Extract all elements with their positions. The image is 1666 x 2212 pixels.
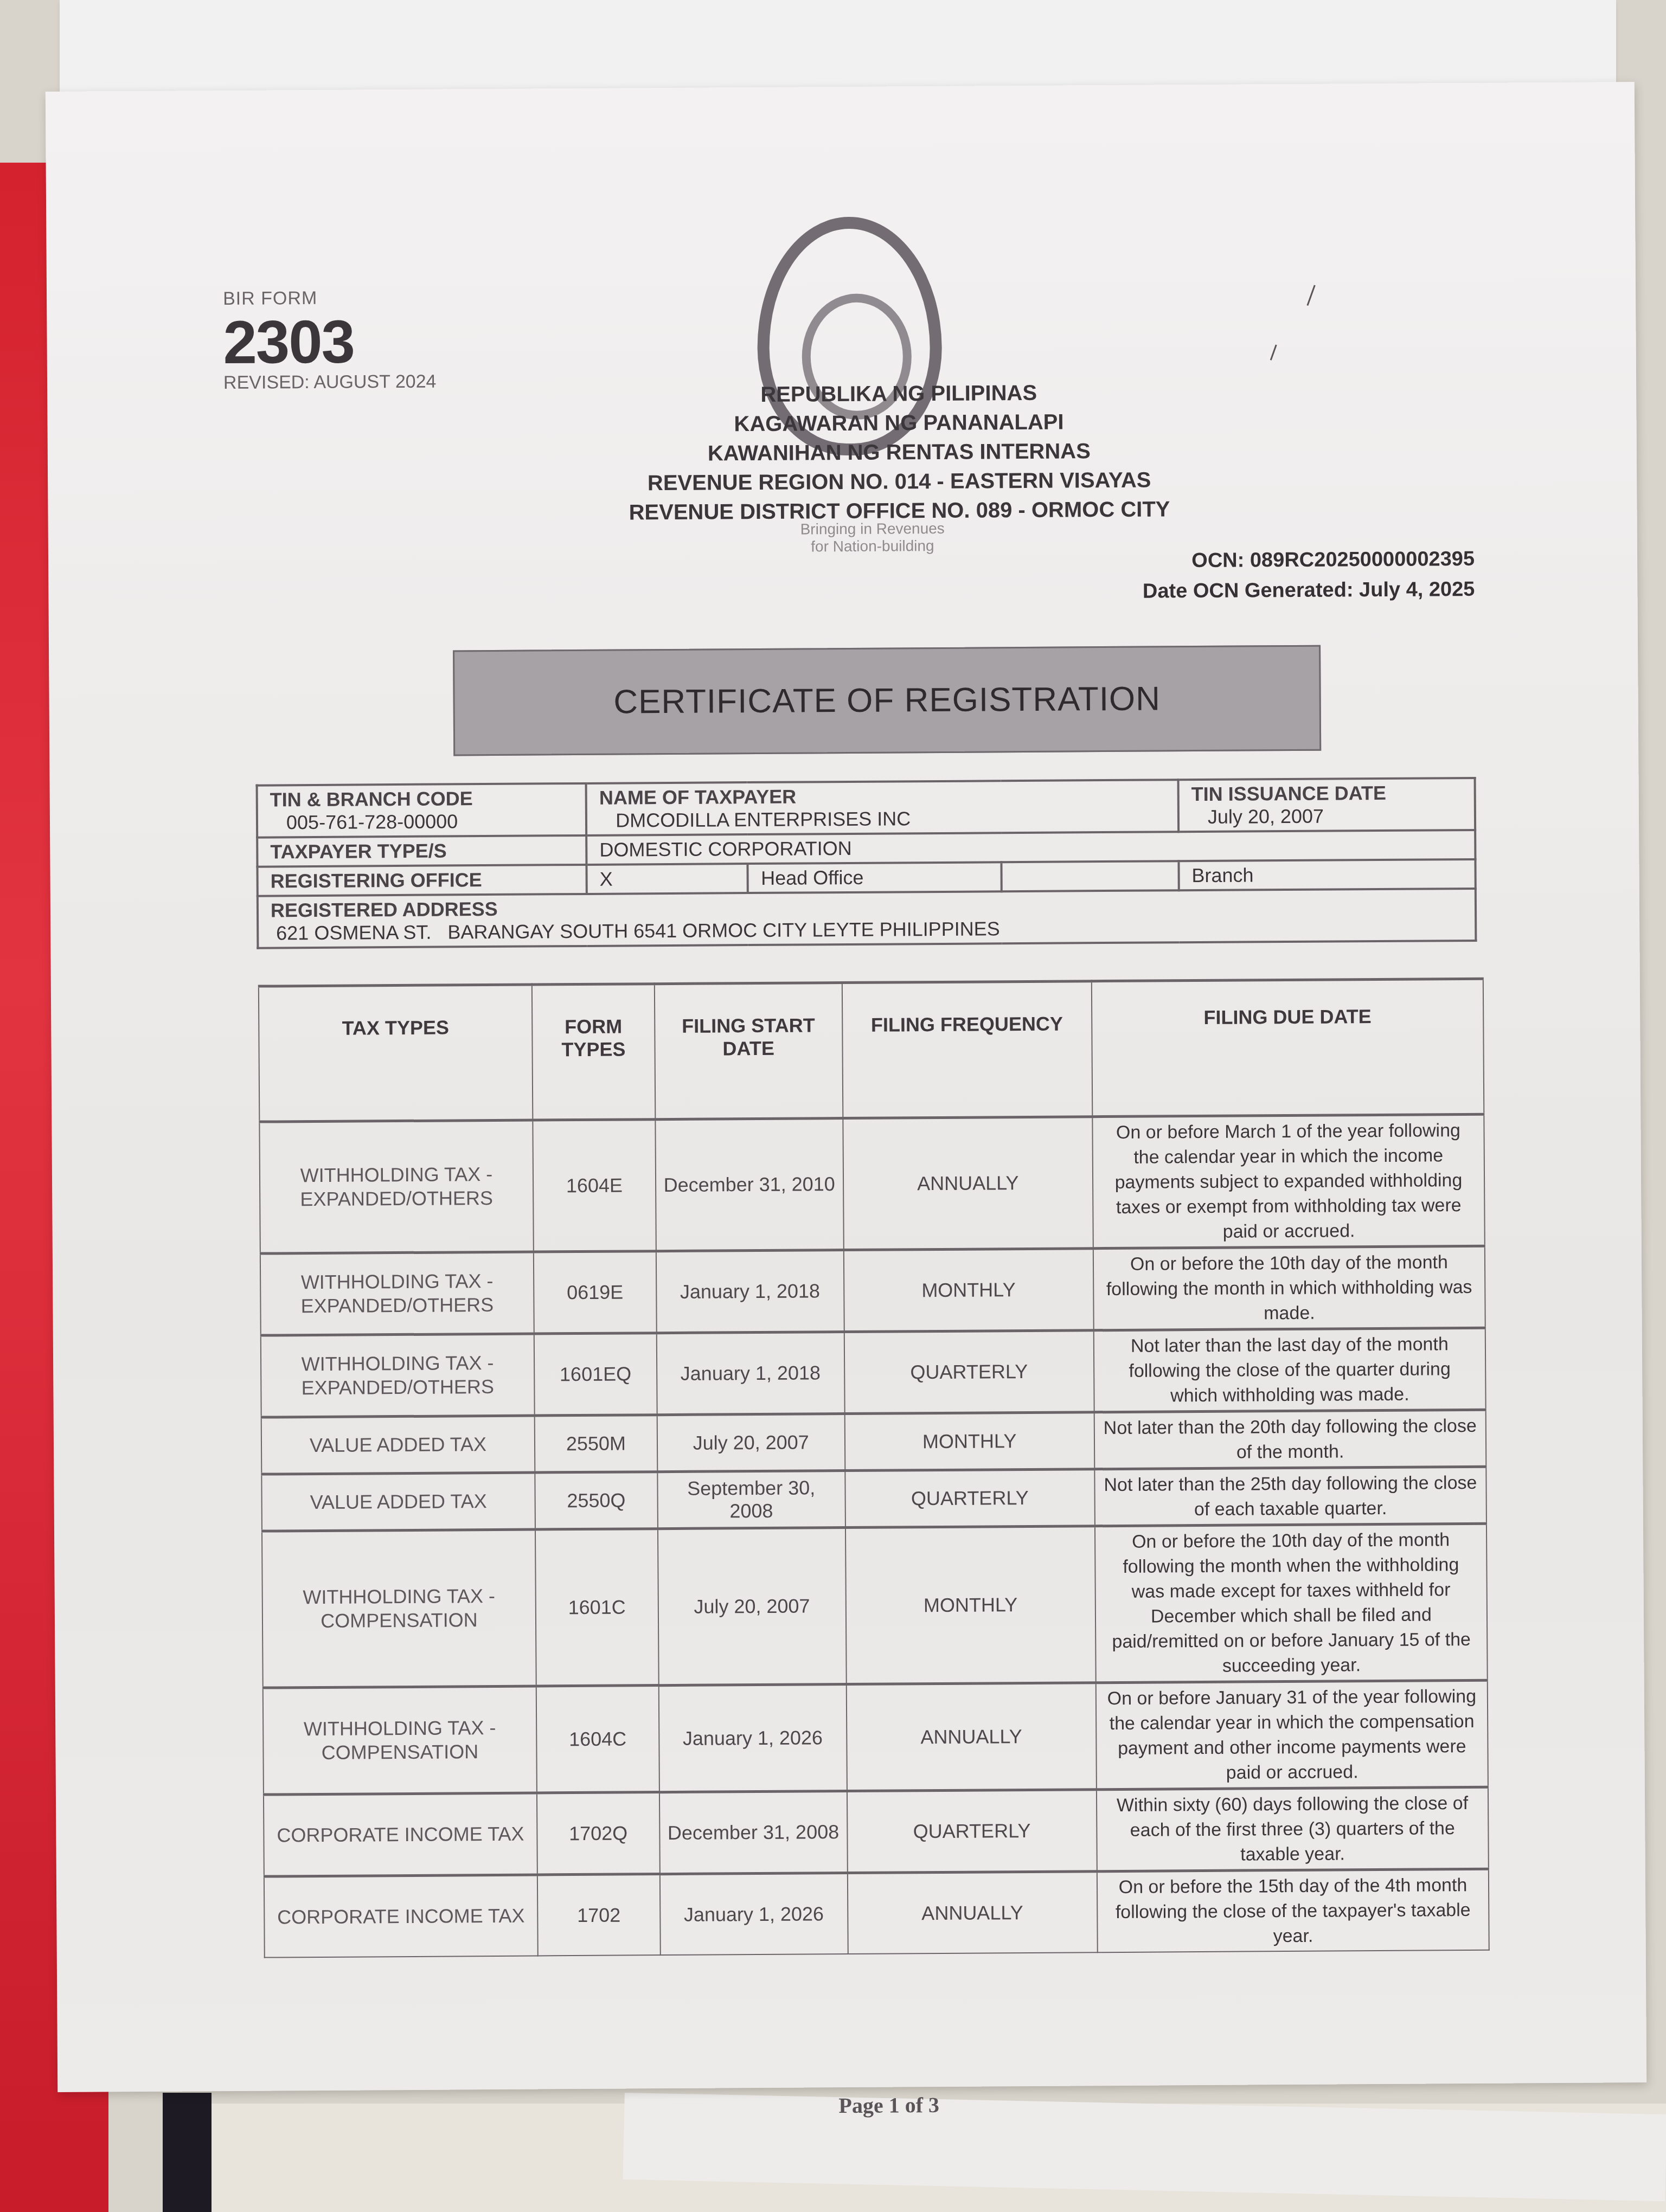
issuance-label: TIN ISSUANCE DATE — [1191, 781, 1462, 806]
due-date-cell: On or before the 10th day of the month f… — [1093, 1246, 1485, 1330]
address-cell: REGISTERED ADDRESS 621 OSMENA ST. BARANG… — [258, 889, 1476, 948]
frequency-cell: ANNUALLY — [847, 1872, 1097, 1954]
tax-type-cell: CORPORATE INCOME TAX — [264, 1875, 538, 1958]
form-type-cell: 1601C — [535, 1529, 659, 1686]
due-date-cell: Not later than the last day of the month… — [1094, 1328, 1486, 1412]
header-start-date: FILING START DATE — [655, 983, 843, 1120]
frequency-cell: QUARTERLY — [847, 1790, 1097, 1873]
form-label: BIR FORM — [223, 288, 317, 310]
form-type-cell: 0619E — [534, 1251, 657, 1334]
ocn-number: OCN: 089RC20250000002395 — [1142, 544, 1475, 576]
table-row: VALUE ADDED TAX2550QSeptember 30, 2008QU… — [261, 1467, 1486, 1531]
agency-tagline: Bringing in Revenues for Nation-building — [764, 519, 981, 555]
table-row: WITHHOLDING TAX - EXPANDED/OTHERS1601EQJ… — [261, 1328, 1486, 1417]
certificate-document: BIR FORM 2303 REVISED: AUGUST 2024 REPUB… — [46, 82, 1646, 2092]
header-tax-types: TAX TYPES — [259, 985, 533, 1122]
branch-label: Branch — [1178, 859, 1475, 890]
agency-line: KAWANIHAN NG RENTAS INTERNAS — [536, 435, 1263, 469]
frequency-cell: ANNUALLY — [843, 1117, 1093, 1250]
taxpayer-info-table: TIN & BRANCH CODE 005-761-728-00000 NAME… — [256, 777, 1477, 949]
info-row-tin: TIN & BRANCH CODE 005-761-728-00000 NAME… — [257, 778, 1476, 838]
due-date-cell: On or before the 15th day of the 4th mon… — [1097, 1869, 1489, 1952]
frequency-cell: MONTHLY — [845, 1526, 1095, 1684]
tagline-line: for Nation-building — [764, 537, 981, 555]
start-date-cell: January 1, 2018 — [657, 1332, 845, 1415]
name-label: NAME OF TAXPAYER — [599, 783, 1165, 809]
start-date-cell: January 1, 2026 — [658, 1684, 847, 1792]
tax-type-cell: WITHHOLDING TAX - EXPANDED/OTHERS — [261, 1334, 535, 1417]
pen-mark — [1270, 345, 1277, 361]
table-row: WITHHOLDING TAX - COMPENSATION1604CJanua… — [263, 1680, 1488, 1795]
name-cell: NAME OF TAXPAYER DMCODILLA ENTERPRISES I… — [586, 780, 1178, 835]
agency-line: KAGAWARAN NG PANANALAPI — [535, 406, 1262, 440]
due-date-cell: Not later than the 20th day following th… — [1094, 1410, 1486, 1469]
frequency-cell: MONTHLY — [844, 1412, 1094, 1471]
taxpayer-type-value: DOMESTIC CORPORATION — [586, 830, 1475, 865]
due-date-cell: On or before the 10th day of the month f… — [1095, 1523, 1488, 1682]
tagline-line: Bringing in Revenues — [764, 519, 981, 538]
certificate-title-box: CERTIFICATE OF REGISTRATION — [453, 645, 1321, 756]
frequency-cell: ANNUALLY — [846, 1683, 1097, 1791]
form-number: 2303 — [223, 307, 354, 377]
tin-label: TIN & BRANCH CODE — [270, 787, 573, 811]
tax-type-cell: VALUE ADDED TAX — [261, 1416, 535, 1474]
due-date-cell: Not later than the 25th day following th… — [1094, 1467, 1486, 1526]
form-type-cell: 1604E — [533, 1120, 656, 1252]
tax-type-cell: VALUE ADDED TAX — [261, 1472, 535, 1531]
tax-type-cell: WITHHOLDING TAX - COMPENSATION — [262, 1529, 536, 1688]
due-date-cell: On or before January 31 of the year foll… — [1096, 1680, 1488, 1789]
tax-type-cell: WITHHOLDING TAX - EXPANDED/OTHERS — [260, 1252, 534, 1335]
certificate-page: BIR FORM 2303 REVISED: AUGUST 2024 REPUB… — [46, 82, 1646, 2092]
tax-types-table: TAX TYPES FORM TYPES FILING START DATE F… — [258, 978, 1490, 1958]
frequency-cell: QUARTERLY — [845, 1469, 1095, 1528]
head-office-mark: X — [587, 864, 748, 894]
issuance-cell: TIN ISSUANCE DATE July 20, 2007 — [1178, 778, 1475, 832]
tax-type-cell: CORPORATE INCOME TAX — [264, 1793, 537, 1876]
table-row: CORPORATE INCOME TAX1702QDecember 31, 20… — [264, 1787, 1489, 1876]
certificate-title: CERTIFICATE OF REGISTRATION — [613, 679, 1161, 721]
due-date-cell: Within sixty (60) days following the clo… — [1097, 1787, 1489, 1871]
header-due-date: FILING DUE DATE — [1092, 979, 1484, 1116]
frequency-cell: MONTHLY — [843, 1249, 1093, 1332]
table-row: WITHHOLDING TAX - COMPENSATION1601CJuly … — [262, 1523, 1488, 1688]
agency-header: REPUBLIKA NG PILIPINAS KAGAWARAN NG PANA… — [535, 377, 1263, 528]
branch-mark — [1001, 861, 1179, 891]
form-type-cell: 1702 — [537, 1874, 661, 1956]
start-date-cell: September 30, 2008 — [657, 1471, 845, 1529]
due-date-cell: On or before March 1 of the year followi… — [1092, 1114, 1485, 1248]
form-type-cell: 1702Q — [537, 1792, 660, 1875]
taxpayer-type-label: TAXPAYER TYPE/S — [257, 835, 586, 867]
start-date-cell: January 1, 2018 — [656, 1250, 844, 1333]
ocn-date: Date OCN Generated: July 4, 2025 — [1143, 574, 1475, 607]
header-frequency: FILING FREQUENCY — [842, 981, 1092, 1118]
header-form-types: FORM TYPES — [532, 984, 655, 1120]
head-office-label: Head Office — [748, 862, 1001, 893]
table-row: CORPORATE INCOME TAX1702January 1, 2026A… — [264, 1869, 1489, 1957]
ocn-block: OCN: 089RC20250000002395 Date OCN Genera… — [1142, 544, 1475, 607]
background-dark-object — [163, 2093, 212, 2212]
form-type-cell: 1601EQ — [534, 1333, 657, 1416]
tax-type-cell: WITHHOLDING TAX - COMPENSATION — [263, 1686, 537, 1795]
table-row: WITHHOLDING TAX - EXPANDED/OTHERS1604EDe… — [259, 1114, 1484, 1253]
form-type-cell: 1604C — [536, 1686, 659, 1793]
agency-line: REPUBLIKA NG PILIPINAS — [535, 377, 1262, 410]
tax-type-cell: WITHHOLDING TAX - EXPANDED/OTHERS — [259, 1120, 533, 1253]
start-date-cell: January 1, 2026 — [660, 1873, 848, 1956]
tin-value: 005-761-728-00000 — [270, 809, 573, 834]
form-revision: REVISED: AUGUST 2024 — [223, 371, 437, 394]
start-date-cell: July 20, 2007 — [658, 1528, 847, 1686]
page-number: Page 1 of 3 — [838, 2092, 939, 2118]
start-date-cell: December 31, 2008 — [659, 1791, 848, 1874]
table-row: WITHHOLDING TAX - EXPANDED/OTHERS0619EJa… — [260, 1246, 1485, 1335]
name-value: DMCODILLA ENTERPRISES INC — [599, 806, 1165, 832]
agency-line: REVENUE REGION NO. 014 - EASTERN VISAYAS — [536, 465, 1263, 498]
start-date-cell: December 31, 2010 — [655, 1118, 843, 1251]
tax-table-body: WITHHOLDING TAX - EXPANDED/OTHERS1604EDe… — [259, 1114, 1489, 1957]
frequency-cell: QUARTERLY — [844, 1330, 1094, 1414]
table-row: VALUE ADDED TAX2550MJuly 20, 2007MONTHLY… — [261, 1410, 1486, 1474]
tax-table-header: TAX TYPES FORM TYPES FILING START DATE F… — [259, 979, 1484, 1122]
registering-office-label: REGISTERING OFFICE — [257, 865, 586, 896]
issuance-value: July 20, 2007 — [1191, 804, 1462, 828]
form-type-cell: 2550M — [535, 1415, 657, 1472]
start-date-cell: July 20, 2007 — [657, 1414, 844, 1472]
info-row-address: REGISTERED ADDRESS 621 OSMENA ST. BARANG… — [258, 889, 1476, 948]
form-type-cell: 2550Q — [535, 1472, 657, 1529]
pen-mark — [1306, 285, 1315, 306]
tin-cell: TIN & BRANCH CODE 005-761-728-00000 — [257, 783, 587, 838]
